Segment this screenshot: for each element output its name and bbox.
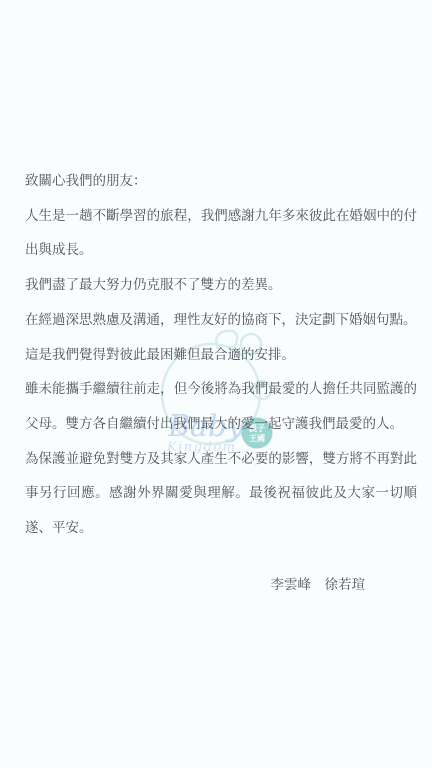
letter-paragraph: 人生是一趟不斷學習的旅程，我們感謝九年多來彼此在婚姻中的付出與成長。 [25,199,417,268]
letter-signature: 李雲峰 徐若瑄 [25,568,417,603]
letter-paragraph: 雖未能攜手繼續往前走，但今後將為我們最愛的人擔任共同監護的父母。雙方各自繼續付出… [25,372,417,441]
letter-paragraph: 我們盡了最大努力仍克服不了雙方的差異。 [25,268,417,303]
letter-paragraph: 在經過深思熟慮及溝通，理性友好的協商下，決定劃下婚姻句點。 [25,303,417,338]
letter-body: 致關心我們的朋友： 人生是一趟不斷學習的旅程，我們感謝九年多來彼此在婚姻中的付出… [25,164,417,602]
letter-salutation: 致關心我們的朋友： [25,164,417,199]
letter-paragraph: 為保護並避免對雙方及其家人產生不必要的影響，雙方將不再對此事另行回應。感謝外界關… [25,442,417,546]
letter-photo-page: Baby Kingdom 親子 王國 致關心我們的朋友： 人生是一趟不斷學習的旅… [0,0,432,768]
letter-paragraph: 這是我們覺得對彼此最困難但最合適的安排。 [25,338,417,373]
